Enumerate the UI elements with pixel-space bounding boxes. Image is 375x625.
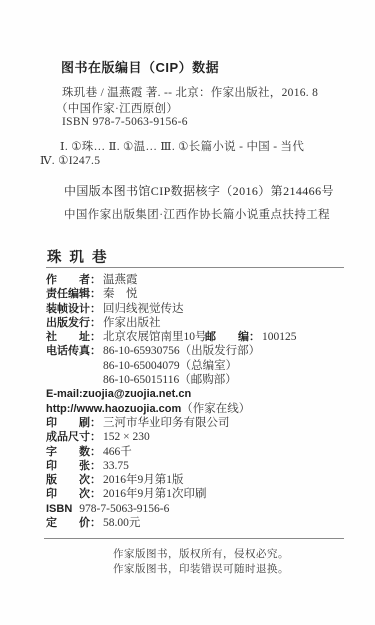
cip-entry-line: 珠玑巷 / 温燕霞 著. -- 北京：作家出版社，2016. 8 (62, 84, 318, 100)
isbn-label: ISBN (46, 502, 72, 516)
impression-value: 2016年9月第1次印刷 (103, 488, 207, 500)
row-address: 社 址：北京农展馆南里10号 邮 编：100125 (46, 330, 351, 344)
edition-value: 2016年9月第1版 (103, 474, 184, 486)
row-size: 成品尺寸：152 × 230 (46, 430, 351, 444)
row-printer: 印 刷：三河市华业印务有限公司 (46, 416, 351, 430)
row-sheets: 印 张：33.75 (46, 459, 351, 473)
colophon-info: 作 者：温燕霞 责任编辑：秦 悦 装帧设计：回归线视觉传达 出版发行：作家出版社… (46, 273, 351, 530)
postcode-label: 邮 编： (205, 330, 262, 344)
project-line: 中国作家出版集团·江西作协长篇小说重点扶持工程 (64, 206, 330, 222)
wordcount-value: 466千 (103, 446, 132, 458)
cip-series-line: （中国作家·江西原创） (56, 100, 178, 116)
publisher-label: 出版发行： (46, 316, 103, 330)
phone3-value: 86-10-65015116（邮购部） (103, 374, 237, 386)
isbn-value: 978-7-5063-9156-6 (79, 503, 169, 515)
sheets-label: 印 张： (46, 459, 103, 473)
cip-classification-line1: Ⅰ. ①珠… Ⅱ. ①温… Ⅲ. ①长篇小说 - 中国 - 当代 (60, 138, 304, 154)
address-label: 社 址： (46, 330, 103, 344)
row-website: http://www.haozuojia.com（作家在线） (46, 402, 351, 416)
row-phone1: 电话传真：86-10-65930756（出版发行部） (46, 344, 351, 358)
author-value: 温燕霞 (103, 274, 138, 286)
row-phone3: 86-10-65015116（邮购部） (46, 373, 351, 387)
address-value: 北京农展馆南里10号 (103, 331, 207, 343)
row-impression: 印 次：2016年9月第1次印刷 (46, 487, 351, 501)
website-note: （作家在线） (181, 403, 250, 415)
impression-label: 印 次： (46, 487, 103, 501)
design-value: 回归线视觉传达 (103, 303, 184, 315)
phone2-value: 86-10-65004079（总编室） (103, 360, 237, 372)
row-isbn: ISBN978-7-5063-9156-6 (46, 502, 351, 516)
author-label: 作 者： (46, 273, 103, 287)
copyright-note: 作家版图书，版权所有，侵权必究。 (113, 547, 289, 563)
row-email: E-mail:zuojia@zuojia.net.cn (46, 387, 351, 401)
row-design: 装帧设计：回归线视觉传达 (46, 302, 351, 316)
book-copyright-page: 图书在版编目（CIP）数据 珠玑巷 / 温燕霞 著. -- 北京：作家出版社，2… (0, 0, 375, 625)
phone-label: 电话传真： (46, 344, 103, 358)
design-label: 装帧设计： (46, 302, 103, 316)
book-title: 珠 玑 巷 (47, 246, 109, 267)
editor-label: 责任编辑： (46, 287, 103, 301)
size-label: 成品尺寸： (46, 430, 103, 444)
edition-label: 版 次： (46, 473, 103, 487)
cip-isbn-line: ISBN 978-7-5063-9156-6 (62, 116, 188, 128)
divider-bottom (44, 538, 344, 539)
cip-classification-line2: Ⅳ. ①I247.5 (40, 153, 100, 167)
cip-header: 图书在版编目（CIP）数据 (61, 57, 219, 76)
price-value: 58.00元 (103, 517, 140, 529)
wordcount-label: 字 数： (46, 445, 103, 459)
printer-value: 三河市华业印务有限公司 (103, 417, 230, 429)
divider-top (46, 267, 344, 268)
phone1-value: 86-10-65930756（出版发行部） (103, 345, 260, 357)
row-edition: 版 次：2016年9月第1版 (46, 473, 351, 487)
editor-value: 秦 悦 (103, 288, 138, 300)
row-author: 作 者：温燕霞 (46, 273, 351, 287)
row-publisher: 出版发行：作家出版社 (46, 316, 351, 330)
row-editor: 责任编辑：秦 悦 (46, 287, 351, 301)
price-label: 定 价： (46, 516, 103, 530)
row-price: 定 价：58.00元 (46, 516, 351, 530)
return-note: 作家版图书，印装错误可随时退换。 (113, 562, 289, 578)
size-value: 152 × 230 (103, 431, 150, 443)
publisher-value: 作家出版社 (103, 317, 161, 329)
postcode-value: 100125 (262, 331, 297, 343)
website-url: http://www.haozuojia.com (46, 403, 181, 415)
postcode-group: 邮 编：100125 (205, 330, 297, 344)
cip-record-number: 中国版本图书馆CIP数据核字（2016）第214466号 (64, 182, 334, 199)
printer-label: 印 刷： (46, 416, 103, 430)
sheets-value: 33.75 (103, 460, 129, 472)
row-wordcount: 字 数：466千 (46, 445, 351, 459)
row-phone2: 86-10-65004079（总编室） (46, 359, 351, 373)
